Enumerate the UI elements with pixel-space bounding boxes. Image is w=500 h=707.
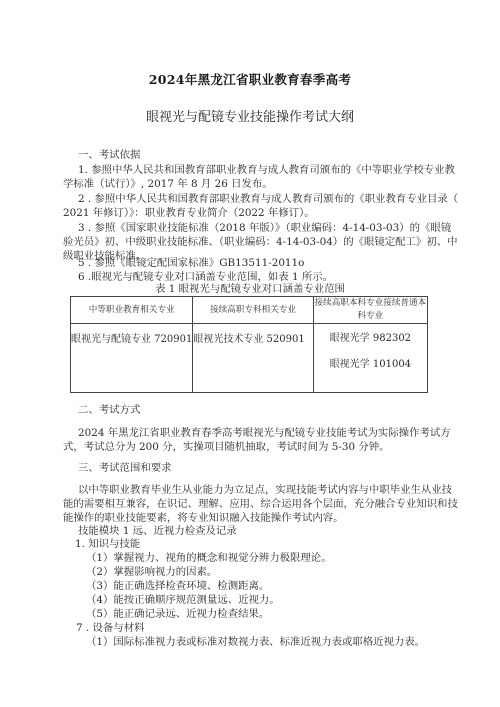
section3-line3: 能操作的职业技能要素，将专业知识融入技能操作考试内容。 (63, 511, 344, 525)
table-header-cell: 接续高职本科专业接续普通本科专业 (313, 297, 427, 324)
table-cell: 眼视光技术专业 520901 (193, 324, 313, 393)
section2-line1: 2024 年黑龙江省职业教育春季高考眼视光与配镜专业技能考试为实际操作考试方 (78, 426, 451, 440)
section1-item5: 5 . 参照《眼镜定配国家标准》GB13511-2011o (78, 256, 304, 270)
section1-item2-line2: 2021 年修订）》：职业教育专业简介（2022 年修订）。 (63, 206, 315, 220)
knowledge-item: （5）能正确记录远、近视力检查结果。 (86, 607, 269, 621)
section3-heading: 三、考试范围和要求 (78, 461, 172, 475)
section1-item3-line1: 3 . 参照《国家职业技能标准（2018 年版）》（职业编码：4-14-03-0… (78, 221, 451, 235)
knowledge-item: （4）能按正确顺序规范测量远、近视力。 (86, 593, 280, 607)
document-title-line2: 眼视光与配镜专业技能操作考试大纲 (0, 106, 500, 125)
major-scope-table: 中等职业教育相关专业 接续高职专科相关专业 接续高职本科专业接续普通本科专业 眼… (70, 296, 428, 393)
section3-line1: 以中等职业教育毕业生从业能力为立足点，实现技能考试内容与中职毕业生从业技 (78, 483, 452, 497)
table-cell: 眼视光学 982302 眼视光学 101004 (313, 324, 427, 393)
section1-item1-line2: 学标准（试行）》, 2017 年 8 月 26 日发布。 (63, 177, 273, 191)
table-cell-line: 眼视光学 101004 (314, 358, 427, 372)
section1-item3-line2: 验光员》初、中级职业技能标准、（职业编码：4-14-03-04）的《眼镜定配工》… (63, 235, 458, 249)
equipment-item: （1）国际标准视力表或标准对数视力表、标准近视力表或耶格近视力表。 (86, 635, 425, 649)
document-title-line1: 2024年黑龙江省职业教育春季高考 (0, 70, 500, 88)
table-caption: 表 1 眼视光与配镜专业对口涵盖专业范围 (0, 282, 500, 296)
skill-module-heading: 技能模块 1 远、近视力检查及记录 (78, 524, 237, 538)
table-cell: 眼视光与配镜专业 720901 (71, 324, 193, 393)
section1-item2-line1: 2 . 参照中华人民共和国教育部职业教育与成人教育司颁布的《职业教育专业目录（ (78, 192, 458, 206)
table-header-row: 中等职业教育相关专业 接续高职专科相关专业 接续高职本科专业接续普通本科专业 (71, 297, 428, 324)
knowledge-item: （2）掌握影响视力的因素。 (86, 565, 217, 579)
knowledge-item: （1）掌握视力、视角的概念和视觉分辨力极限理论。 (86, 551, 332, 565)
table-header-cell: 接续高职专科相关专业 (193, 297, 313, 324)
table-row: 眼视光与配镜专业 720901 眼视光技术专业 520901 眼视光学 9823… (71, 324, 428, 393)
equipment-heading: 7 . 设备与材料 (76, 621, 144, 635)
section2-line2: 式，考试总分为 200 分，实操项目随机抽取，考试时间为 5-30 分钟。 (63, 440, 390, 454)
section1-item1-line1: 1. 参照中华人民共和国教育部职业教育与成人教育司颁布的《中等职业学校专业教 (78, 163, 455, 177)
knowledge-item: （3）能正确选择检查环境、检测距离。 (86, 579, 269, 593)
section3-line2: 能的需要相互兼容，在识记、理解、应用、综合运用各个层面，充分融合专业知识和技 (63, 497, 458, 511)
section1-heading: 一、考试依据 (78, 148, 140, 162)
knowledge-skills-heading: 1. 知识与技能 (75, 537, 140, 551)
table-header-cell: 中等职业教育相关专业 (71, 297, 193, 324)
table-cell-line: 眼视光学 982302 (314, 332, 427, 346)
section2-heading: 二、考试方式 (78, 403, 140, 417)
